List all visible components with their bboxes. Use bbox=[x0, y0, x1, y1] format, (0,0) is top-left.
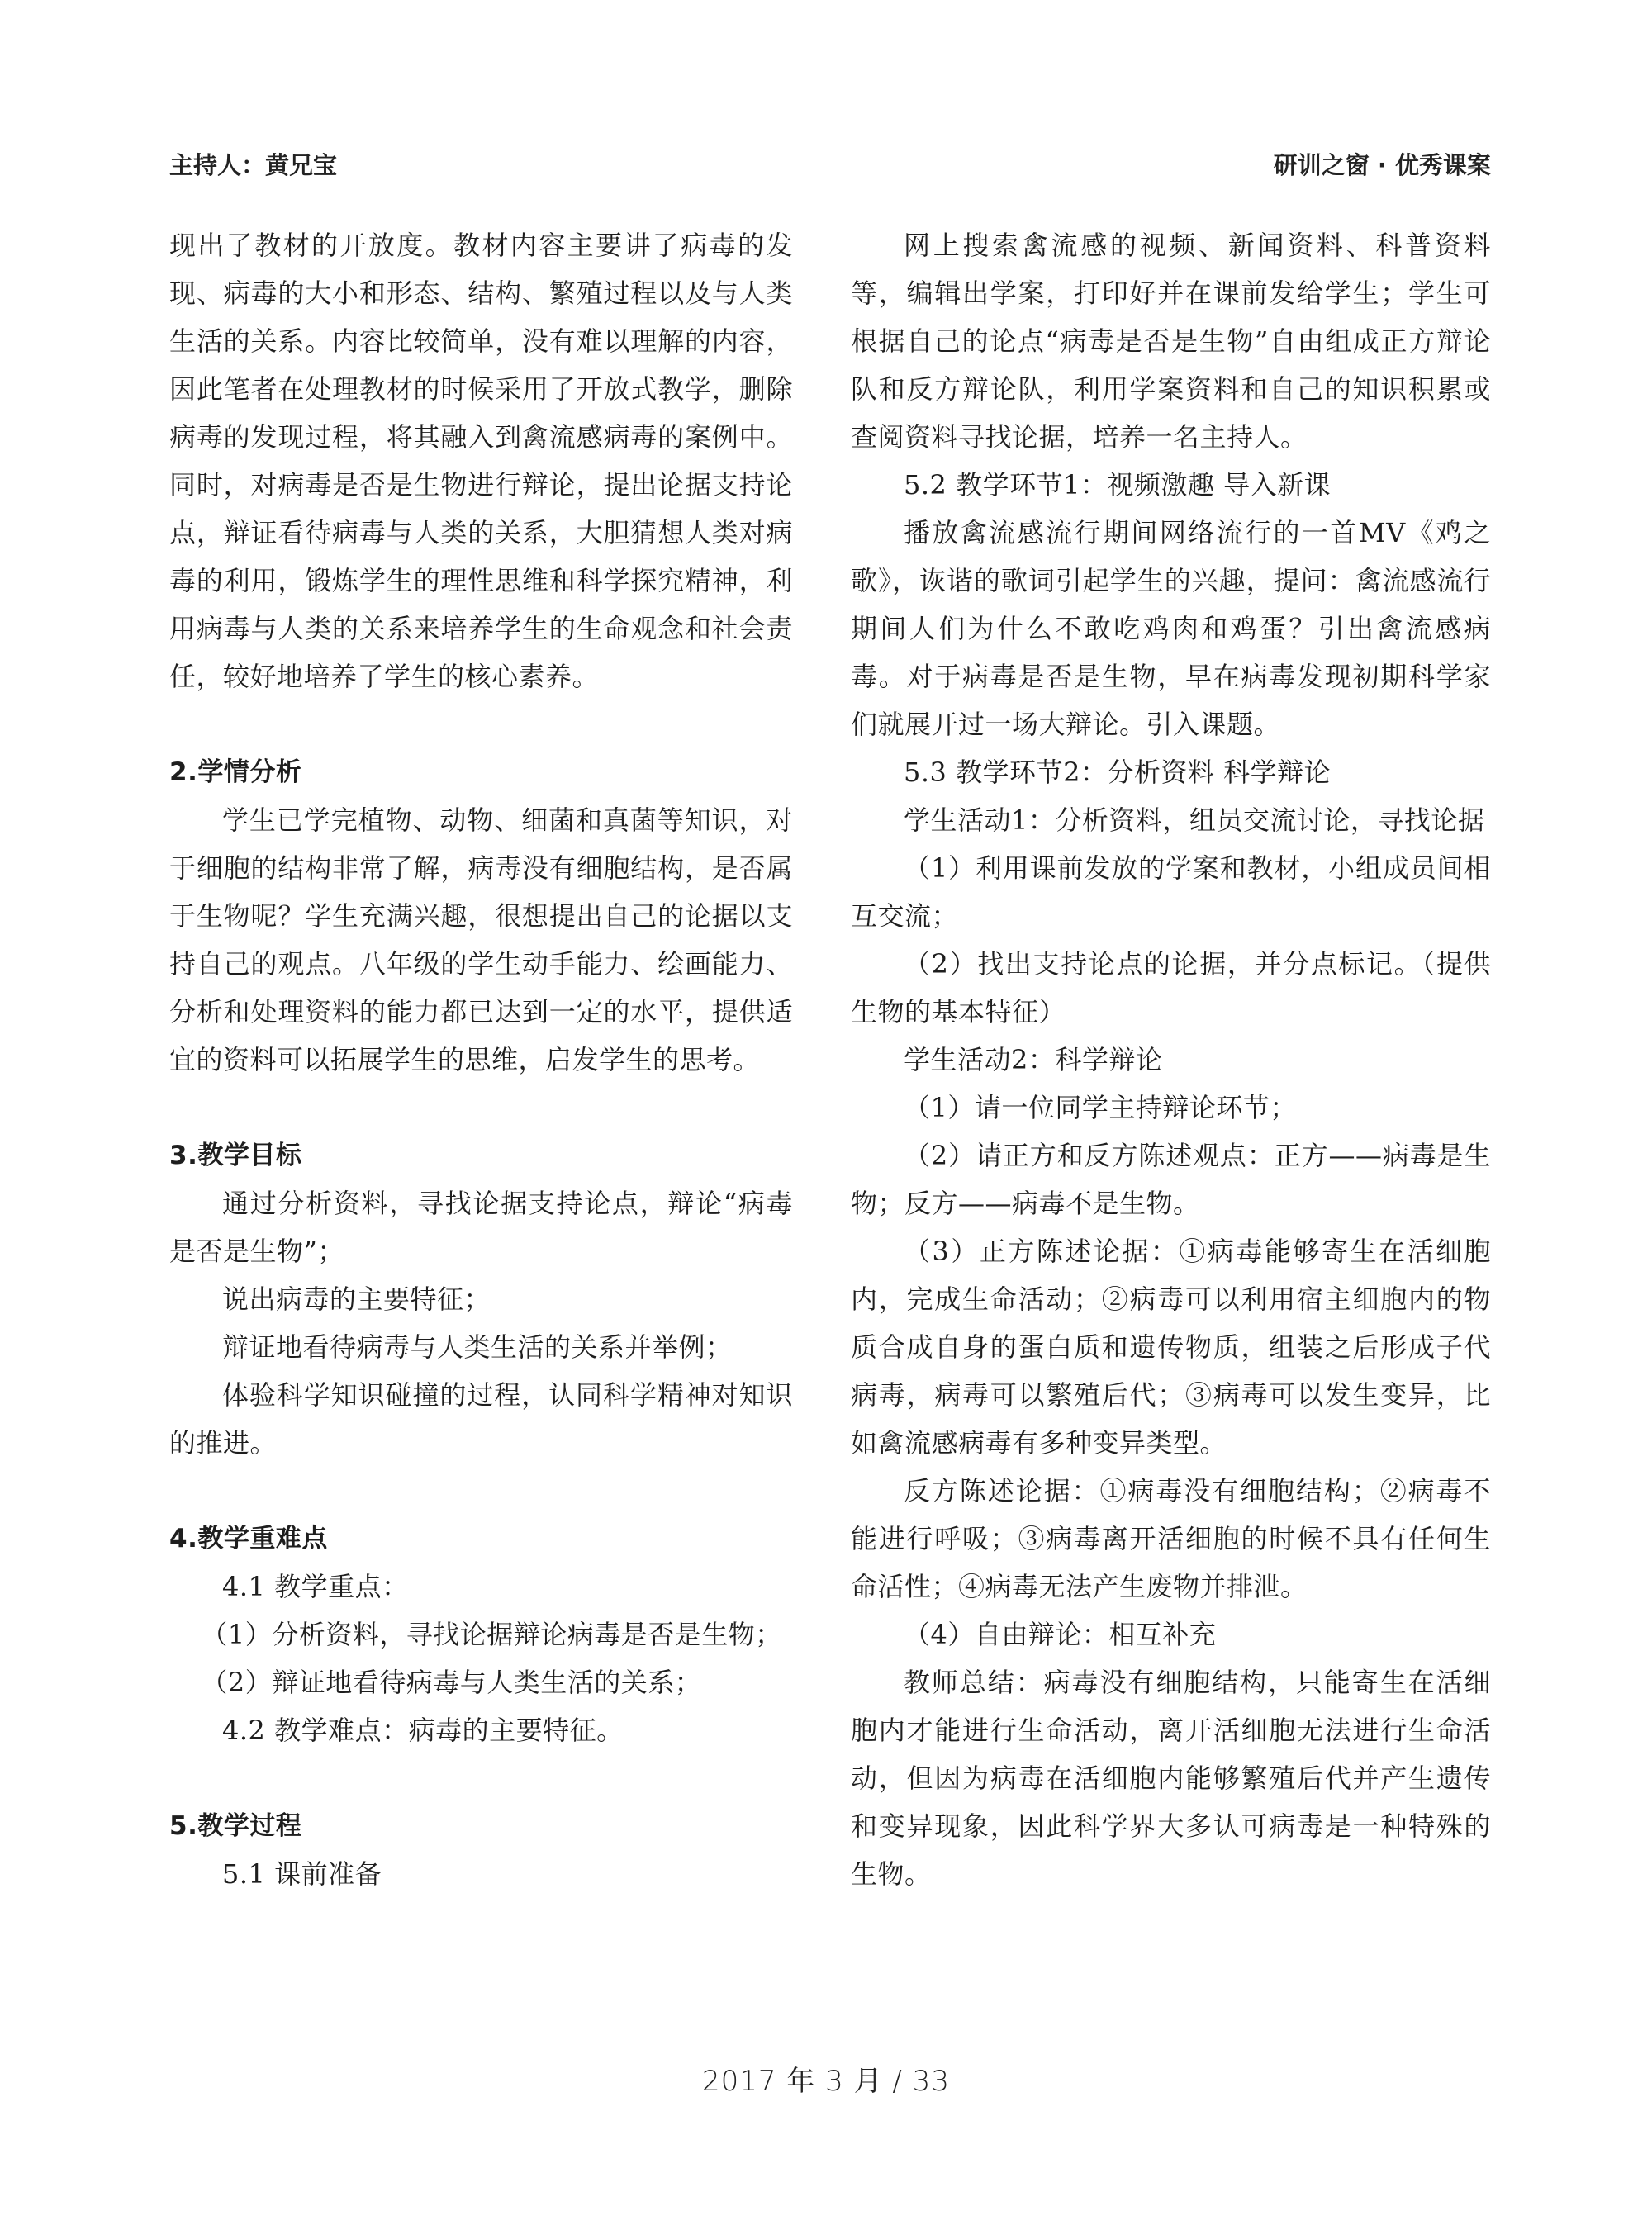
free-debate: （4）自由辩论：相互补充 bbox=[851, 1611, 1491, 1658]
activity1-title: 学生活动1：分析资料，组员交流讨论，寻找论据 bbox=[851, 796, 1491, 844]
host-label: 主持人：黄兄宝 bbox=[169, 147, 337, 181]
activity2-item: （1）请一位同学主持辩论环节； bbox=[851, 1084, 1491, 1131]
step1-title: 5.2 教学环节1：视频激趣 导入新课 bbox=[851, 461, 1491, 509]
section-heading-key-points: 4.教学重难点 bbox=[169, 1515, 793, 1563]
step2-title: 5.3 教学环节2：分析资料 科学辩论 bbox=[851, 748, 1491, 796]
date-page-number: 2017 年 3 月 / 33 bbox=[702, 2065, 950, 2098]
goal-item: 辩证地看待病毒与人类生活的关系并举例； bbox=[169, 1323, 793, 1371]
activity1-item: （2）找出支持论点的论据，并分点标记。（提供生物的基本特征） bbox=[851, 940, 1491, 1036]
key-point-item: （2）辩证地看待病毒与人类生活的关系； bbox=[169, 1658, 793, 1706]
goal-item: 说出病毒的主要特征； bbox=[169, 1275, 793, 1323]
difficulty-point: 4.2 教学难点：病毒的主要特征。 bbox=[169, 1706, 793, 1754]
section-heading-teaching-process: 5.教学过程 bbox=[169, 1802, 793, 1850]
section-heading-teaching-goals: 3.教学目标 bbox=[169, 1131, 793, 1179]
goal-item: 通过分析资料，寻找论据支持论点，辩论“病毒是否是生物”； bbox=[169, 1179, 793, 1275]
step1-paragraph: 播放禽流感流行期间网络流行的一首MV《鸡之歌》，诙谐的歌词引起学生的兴趣，提问：… bbox=[851, 509, 1491, 748]
key-points-title: 4.1 教学重点： bbox=[169, 1563, 793, 1611]
opposing-arguments: 反方陈述论据：①病毒没有细胞结构；②病毒不能进行呼吸；③病毒离开活细胞的时候不具… bbox=[851, 1467, 1491, 1611]
section-label: 研训之窗 · 优秀课案 bbox=[1274, 147, 1491, 181]
activity2-item: （2）请正方和反方陈述观点：正方——病毒是生物；反方——病毒不是生物。 bbox=[851, 1131, 1491, 1227]
prep-paragraph: 网上搜索禽流感的视频、新闻资料、科普资料等，编辑出学案，打印好并在课前发给学生；… bbox=[851, 221, 1491, 461]
goal-item: 体验科学知识碰撞的过程，认同科学精神对知识的推进。 bbox=[169, 1371, 793, 1467]
right-column: 网上搜索禽流感的视频、新闻资料、科普资料等，编辑出学案，打印好并在课前发给学生；… bbox=[851, 221, 1491, 1898]
page-footer: 2017 年 3 月 / 33 bbox=[0, 2058, 1652, 2099]
section-heading-student-analysis: 2.学情分析 bbox=[169, 748, 793, 796]
student-analysis-paragraph: 学生已学完植物、动物、细菌和真菌等知识，对于细胞的结构非常了解，病毒没有细胞结构… bbox=[169, 796, 793, 1084]
intro-paragraph: 现出了教材的开放度。教材内容主要讲了病毒的发现、病毒的大小和形态、结构、繁殖过程… bbox=[169, 221, 793, 700]
key-point-item: （1）分析资料，寻找论据辩论病毒是否是生物； bbox=[169, 1611, 793, 1658]
subsection-pre-class-prep: 5.1 课前准备 bbox=[169, 1850, 793, 1898]
page-header: 主持人：黄兄宝 研训之窗 · 优秀课案 bbox=[169, 147, 1491, 188]
left-column: 现出了教材的开放度。教材内容主要讲了病毒的发现、病毒的大小和形态、结构、繁殖过程… bbox=[169, 221, 793, 1898]
activity2-item: （3）正方陈述论据：①病毒能够寄生在活细胞内，完成生命活动；②病毒可以利用宿主细… bbox=[851, 1227, 1491, 1467]
activity1-item: （1）利用课前发放的学案和教材，小组成员间相互交流； bbox=[851, 844, 1491, 940]
activity2-title: 学生活动2：科学辩论 bbox=[851, 1036, 1491, 1084]
teacher-summary: 教师总结：病毒没有细胞结构，只能寄生在活细胞内才能进行生命活动，离开活细胞无法进… bbox=[851, 1658, 1491, 1898]
